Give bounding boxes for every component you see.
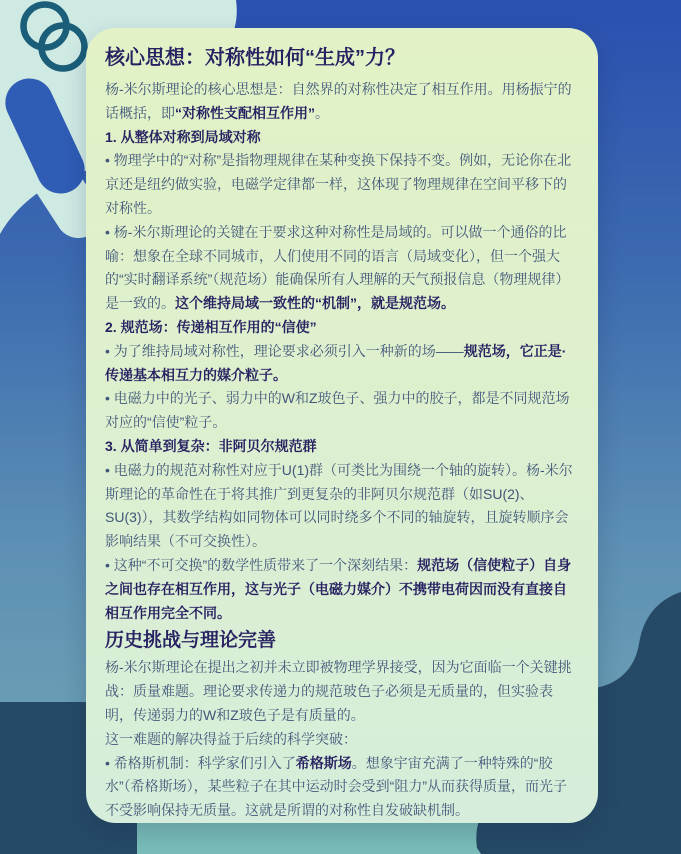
- emphasis-text: 1. 从整体对称到局域对称: [105, 129, 261, 145]
- body-text: • 物理学中的“对称”是指物理规律在某种变换下保持不变。例如，无论你在北京还是纽…: [105, 152, 571, 216]
- emphasis-text: 3. 从简单到复杂：非阿贝尔规范群: [105, 438, 317, 454]
- body-text: • 希格斯机制：科学家们引入了: [105, 755, 296, 771]
- body-text: • 电磁力中的光子、弱力中的W和Z玻色子、强力中的胶子，都是不同规范场对应的“信…: [105, 390, 570, 430]
- paragraph: • 杨-米尔斯理论的关键在于要求这种对称性是局域的。可以做一个通俗的比喻：想象在…: [105, 221, 579, 316]
- paragraph: 杨-米尔斯理论在提出之初并未立即被物理学界接受，因为它面临一个关键挑战：质量难题…: [105, 656, 579, 727]
- paragraph: • 物理学中的“对称”是指物理规律在某种变换下保持不变。例如，无论你在北京还是纽…: [105, 149, 579, 220]
- emphasis-text: 2. 规范场：传递相互作用的“信使”: [105, 319, 317, 335]
- paragraph: 这一难题的解决得益于后续的科学突破：: [105, 728, 579, 752]
- page: 核心思想：对称性如何“生成”力？杨-米尔斯理论的核心思想是：自然界的对称性决定了…: [0, 0, 681, 854]
- body-text: 杨-米尔斯理论在提出之初并未立即被物理学界接受，因为它面临一个关键挑战：质量难题…: [105, 659, 572, 723]
- body-text: • 为了维持局域对称性，理论要求必须引入一种新的场——: [105, 343, 464, 359]
- emphasis-text: 这个维持局域一致性的“机制”，就是规范场。: [175, 295, 455, 311]
- paragraph: • 希格斯机制：科学家们引入了希格斯场。想象宇宙充满了一种特殊的“胶水”（希格斯…: [105, 752, 579, 823]
- emphasis-text: 核心思想：对称性如何“生成”力？: [105, 47, 405, 69]
- content-card: 核心思想：对称性如何“生成”力？杨-米尔斯理论的核心思想是：自然界的对称性决定了…: [86, 28, 598, 823]
- paragraph: • 为了维持局域对称性，理论要求必须引入一种新的场——规范场，它正是·传递基本相…: [105, 340, 579, 388]
- emphasis-text: “对称性支配相互作用”: [175, 105, 315, 121]
- paragraph: • 这种“不可交换”的数学性质带来了一个深刻结果：规范场（信使粒子）自身之间也存…: [105, 554, 579, 625]
- section-heading: 历史挑战与理论完善: [105, 625, 579, 656]
- card-title: 核心思想：对称性如何“生成”力？: [105, 43, 579, 73]
- body-text: 。: [315, 105, 329, 121]
- emphasis-text: 历史挑战与理论完善: [105, 630, 276, 651]
- paragraph: • 电磁力中的光子、弱力中的W和Z玻色子、强力中的胶子，都是不同规范场对应的“信…: [105, 387, 579, 435]
- card-content: 核心思想：对称性如何“生成”力？杨-米尔斯理论的核心思想是：自然界的对称性决定了…: [105, 43, 579, 823]
- paragraph: 杨-米尔斯理论的核心思想是：自然界的对称性决定了相互作用。用杨振宁的话概括，即“…: [105, 78, 579, 126]
- section-heading: 2. 规范场：传递相互作用的“信使”: [105, 316, 579, 340]
- body-text: • 电磁力的规范对称性对应于U(1)群（可类比为围绕一个轴的旋转）。杨-米尔斯理…: [105, 462, 573, 549]
- paragraph: • 电磁力的规范对称性对应于U(1)群（可类比为围绕一个轴的旋转）。杨-米尔斯理…: [105, 459, 579, 554]
- body-text: 这一难题的解决得益于后续的科学突破：: [105, 731, 357, 747]
- section-heading: 1. 从整体对称到局域对称: [105, 126, 579, 150]
- emphasis-text: 希格斯场: [296, 755, 352, 771]
- section-heading: 3. 从简单到复杂：非阿贝尔规范群: [105, 435, 579, 459]
- body-text: • 这种“不可交换”的数学性质带来了一个深刻结果：: [105, 557, 417, 573]
